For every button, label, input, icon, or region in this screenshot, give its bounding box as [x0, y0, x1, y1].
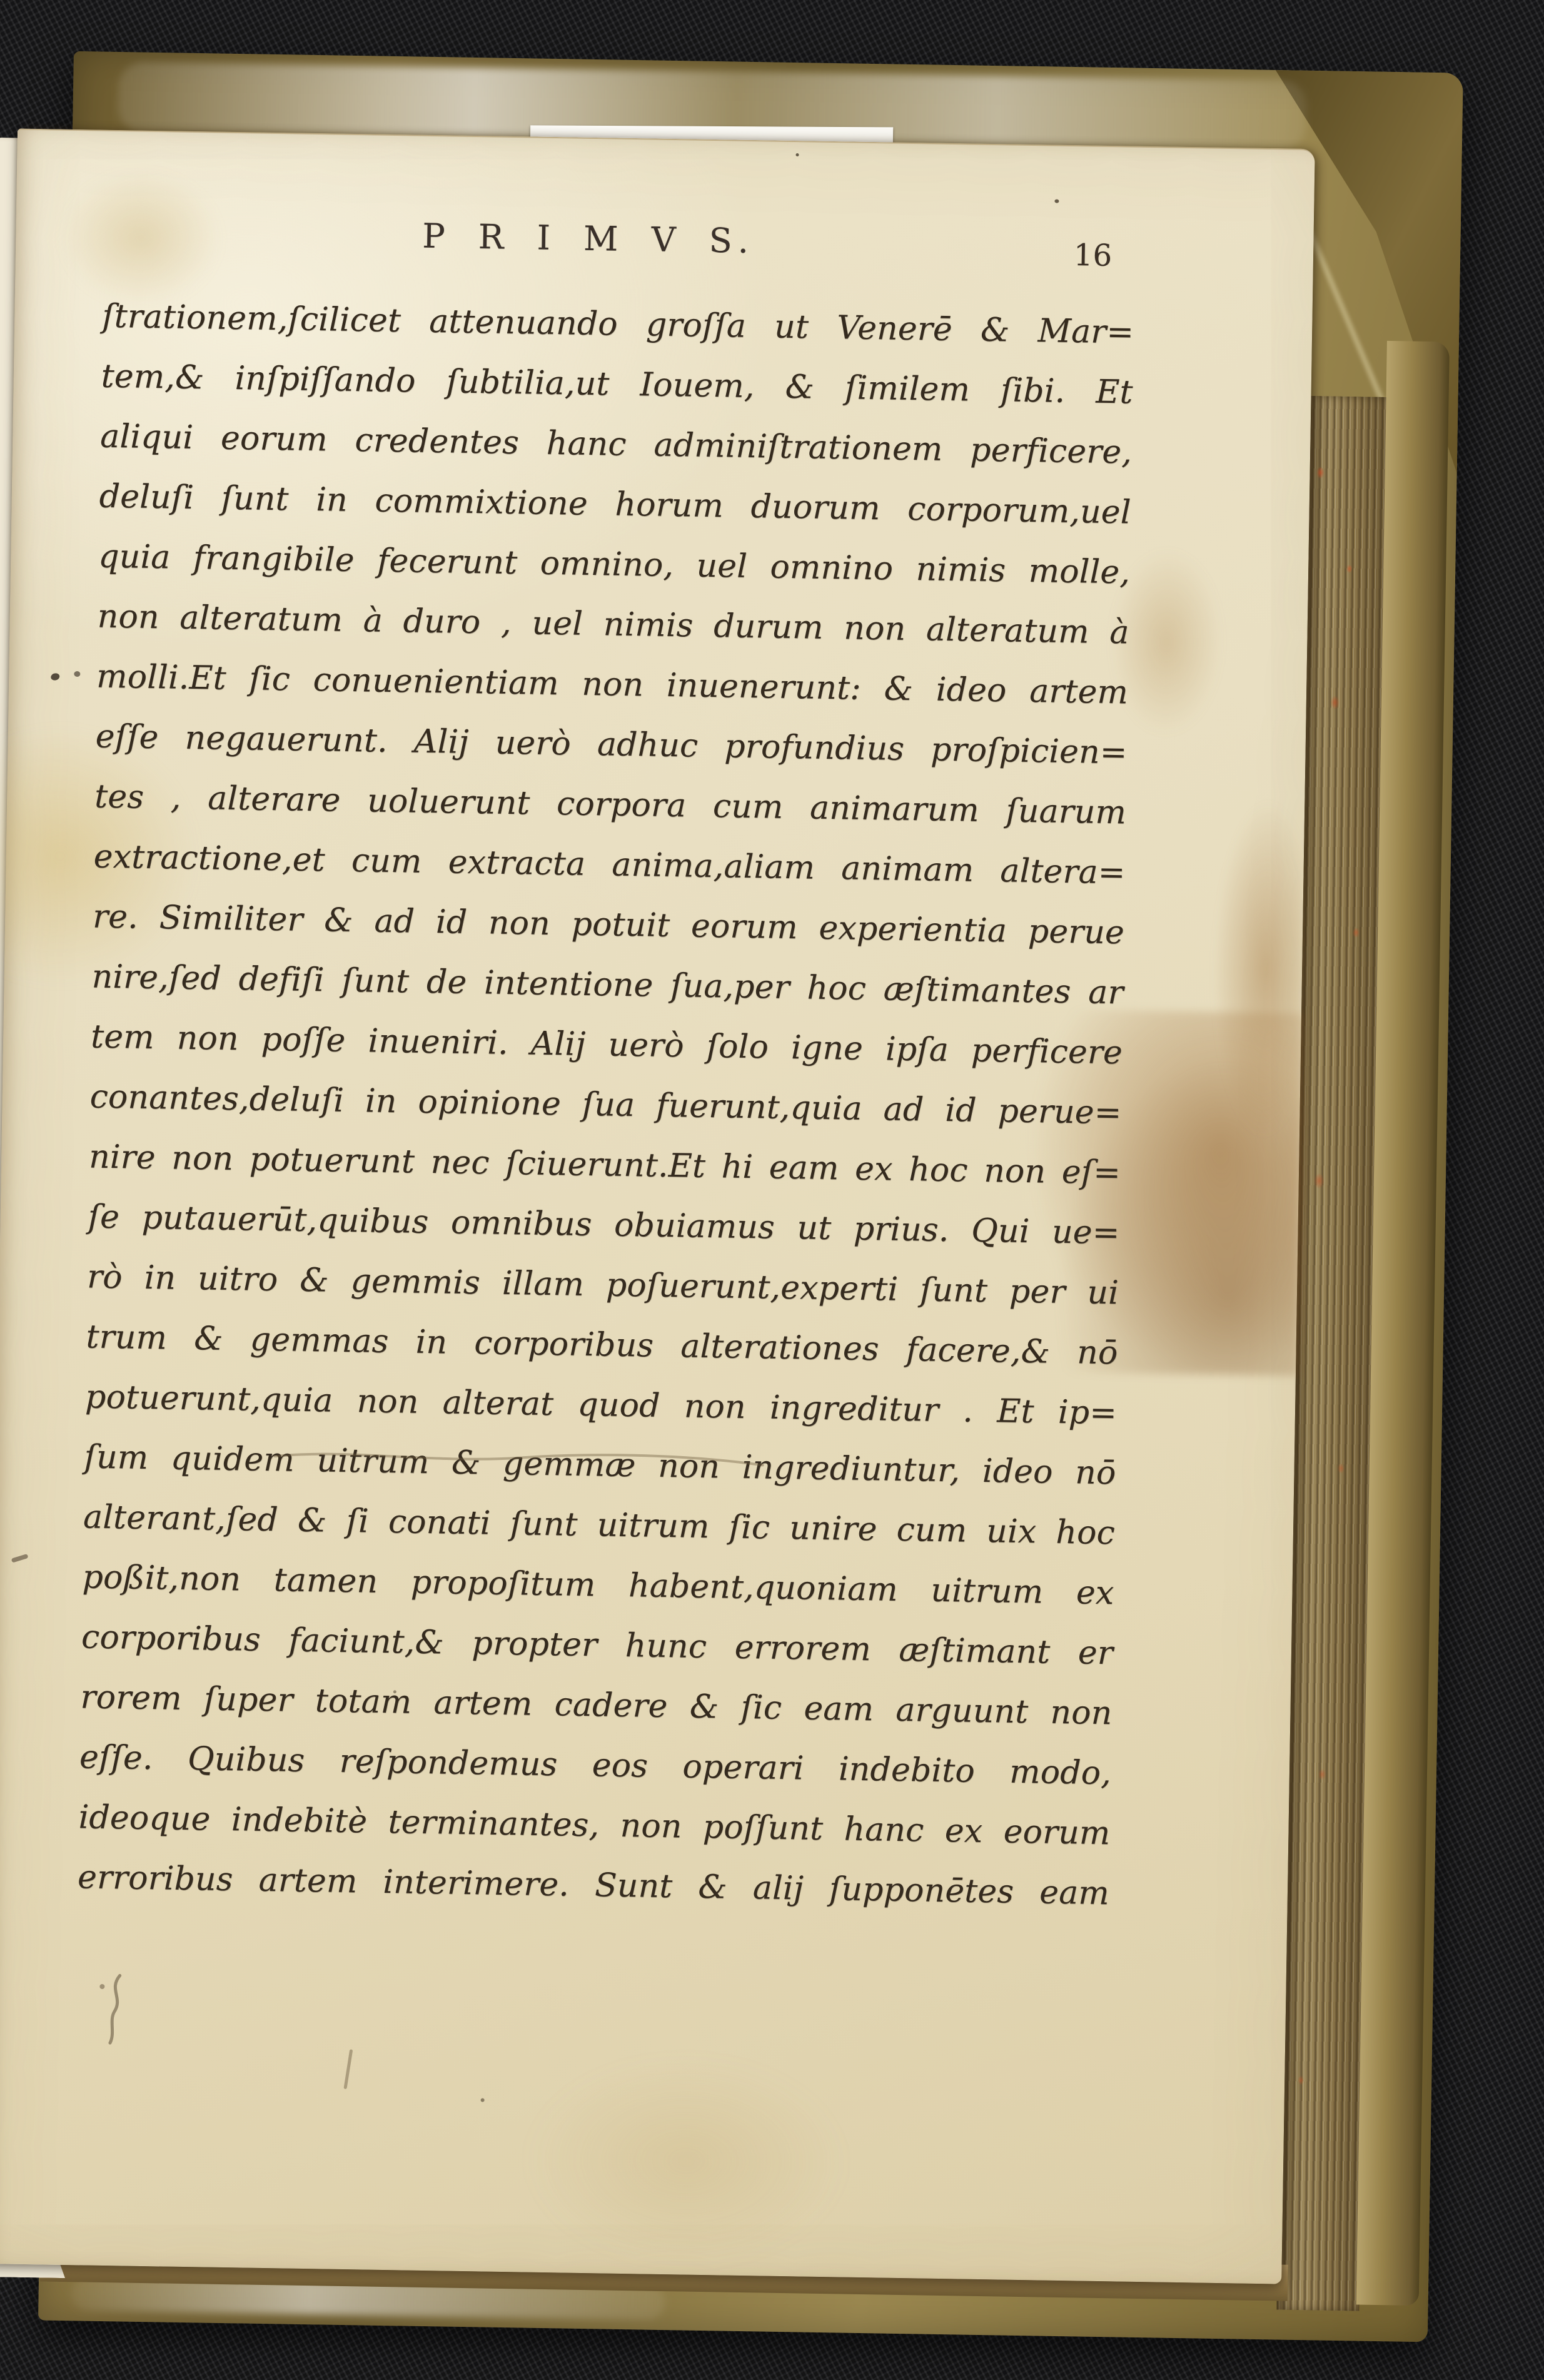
margin-ink-dot — [50, 672, 60, 681]
ink-speck — [1054, 200, 1059, 203]
book-page: P R I M V S. 16 ſtrationem,ſcilicet atte… — [0, 128, 1315, 2284]
running-title: P R I M V S. — [422, 216, 756, 261]
stain — [1209, 793, 1305, 1145]
book: P R I M V S. 16 ſtrationem,ſcilicet atte… — [0, 50, 1470, 2343]
page-number: 16 — [1074, 238, 1113, 273]
ink-speck — [795, 153, 799, 156]
margin-dash-mark — [11, 1554, 29, 1563]
text-block: ſtrationem,ſcilicet attenuando groſſa ut… — [77, 286, 1134, 1924]
pen-stroke-mark — [343, 2049, 353, 2089]
ink-speck — [481, 2098, 485, 2102]
pen-scribble-mark — [94, 1970, 145, 2052]
stain — [522, 2052, 850, 2270]
ink-speck — [393, 1690, 396, 1693]
margin-ink-dot — [74, 671, 80, 677]
book-scan-photo: P R I M V S. 16 ſtrationem,ſcilicet atte… — [0, 0, 1544, 2380]
